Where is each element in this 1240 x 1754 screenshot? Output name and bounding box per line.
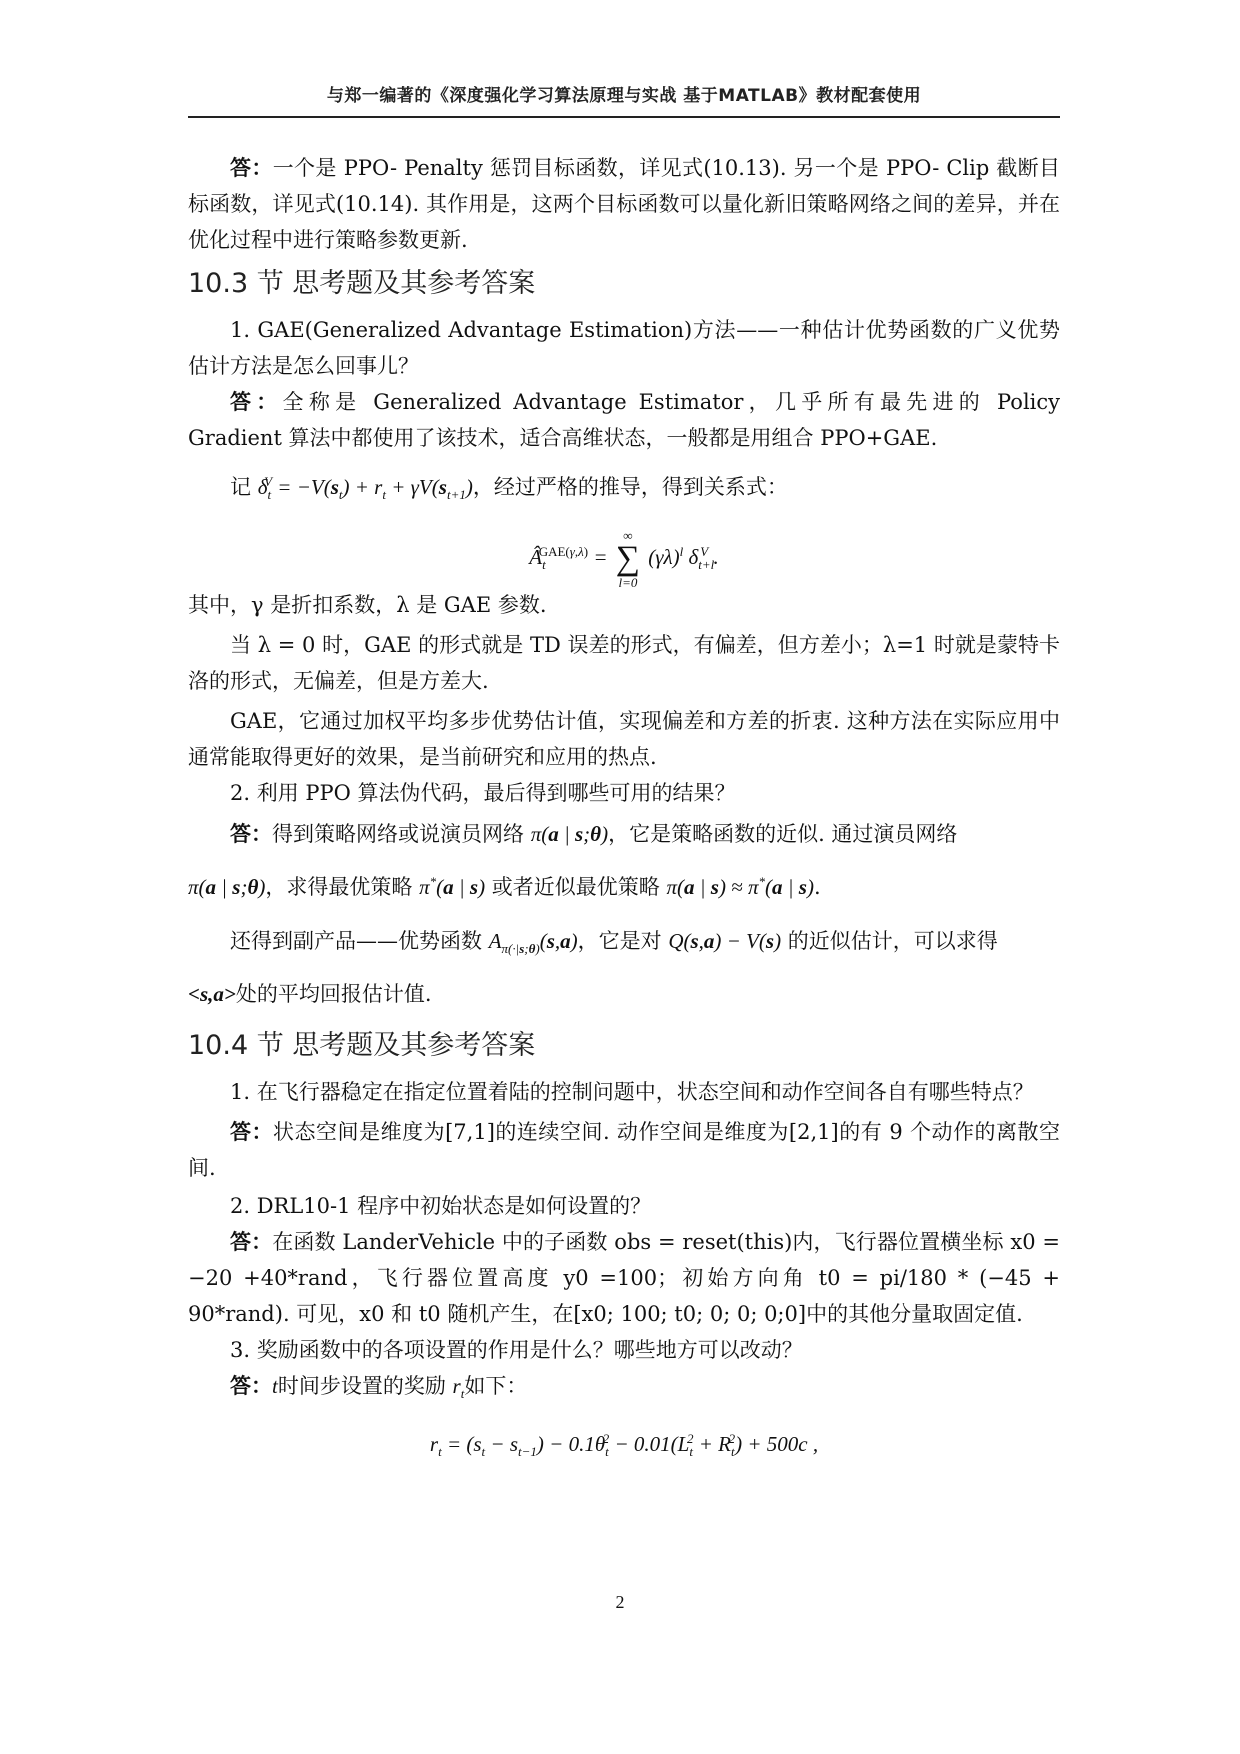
answer-label: 答： [230,1373,272,1398]
q-minus-v-formula: Q(s,a) − V(s) [668,929,781,953]
answer-paragraph: 答：得到策略网络或说演员网络 π(a | s;θ)，它是策略函数的近似. 通过演… [188,811,1060,857]
answer-paragraph: 答：一个是 PPO- Penalty 惩罚目标函数，详见式(10.13). 另一… [188,150,1060,258]
answer-paragraph: 答：在函数 LanderVehicle 中的子函数 obs = reset(th… [188,1224,1060,1332]
reward-formula: rt = (st − st−1) − 0.1θt2 − 0.01(Lt2 + R… [188,1431,1060,1460]
answer-paragraph: 答：t时间步设置的奖励 rt如下： [188,1368,1060,1412]
answer-text: 得到策略网络或说演员网络 [272,822,524,846]
delta-definition: 记 δtV = −V(st) + rt + γV(st+1)，经过严格的推导，得… [188,464,1060,513]
answer-label: 答： [230,821,272,846]
answer-text: 在函数 LanderVehicle 中的子函数 obs = reset(this… [188,1230,1060,1326]
answer-continuation: π(a | s;θ)，求得最优策略 π*(a | s) 或者近似最优策略 π(a… [188,857,1060,912]
answer-text: . [814,875,821,899]
approx-policy-formula: π(a | s) ≈ π*(a | s) [666,875,814,899]
question-1: 1. GAE(Generalized Advantage Estimation)… [188,312,1060,384]
answer-text: ，求得最优策略 [265,875,412,899]
advantage-formula: Aπ(·|s;θ)(s,a) [489,929,578,953]
answer-label: 答： [230,155,273,180]
lambda-paragraph: 当 λ = 0 时，GAE 的形式就是 TD 误差的形式，有偏差，但方差小；λ=… [188,627,1060,699]
byproduct-paragraph: 还得到副产品——优势函数 Aπ(·|s;θ)(s,a)，它是对 Q(s,a) −… [188,916,1060,974]
answer-text: 状态空间是维度为[7,1]的连续空间. 动作空间是维度为[2,1]的有 9 个动… [188,1120,1060,1180]
byproduct-text: ，它是对 [578,929,662,953]
answer-label: 答： [230,1119,273,1144]
answer-text: ，它是策略函数的近似. 通过演员网络 [608,822,957,846]
optimal-policy-formula: π*(a | s) [419,875,485,899]
answer-text: 全称是 Generalized Advantage Estimator，几乎所有… [188,390,1060,450]
answer-label: 答： [230,389,283,414]
policy-formula: π(a | s;θ) [188,875,265,899]
where-paragraph: 其中，γ 是折扣系数，λ 是 GAE 参数. [188,587,1060,623]
answer-paragraph: 答：全称是 Generalized Advantage Estimator，几乎… [188,384,1060,456]
answer-label: 答： [230,1229,272,1254]
answer-text: 或者近似最优策略 [492,875,660,899]
question-2: 2. DRL10-1 程序中初始状态是如何设置的？ [188,1188,1060,1224]
answer-paragraph: 答：状态空间是维度为[7,1]的连续空间. 动作空间是维度为[2,1]的有 9 … [188,1114,1060,1186]
running-header: 与郑一编著的《深度强化学习算法原理与实战 基于MATLAB》教材配套使用 [188,84,1060,118]
byproduct-continuation: <s,a>处的平均回报估计值. [188,974,1060,1014]
answer-text: 一个是 PPO- Penalty 惩罚目标函数，详见式(10.13). 另一个是… [188,156,1060,252]
question-1: 1. 在飞行器稳定在指定位置着陆的控制问题中，状态空间和动作空间各自有哪些特点？ [188,1074,1060,1110]
gae-formula: ÂtGAE(γ,λ) = ∞∑l=0 (γλ)l δt+lV . [188,517,1060,587]
delta-formula: δtV = −V(st) + rt + γV(st+1) [258,475,473,499]
answer-text: 时间步设置的奖励 [278,1374,446,1398]
gae-paragraph: GAE，它通过加权平均多步优势估计值，实现偏差和方差的折衷. 这种方法在实际应用… [188,703,1060,775]
question-3: 3. 奖励函数中的各项设置的作用是什么？哪些地方可以改动？ [188,1332,1060,1368]
delta-suffix: ，经过严格的推导，得到关系式： [473,475,788,499]
state-action-pair: <s,a> [188,982,236,1006]
section-heading-10-4: 10.4 节 思考题及其参考答案 [188,1026,1060,1066]
byproduct-text: 还得到副产品——优势函数 [230,929,482,953]
running-header-title: 与郑一编著的《深度强化学习算法原理与实战 基于MATLAB》教材配套使用 [327,86,921,106]
page-number: 2 [0,1592,1240,1613]
byproduct-text: 处的平均回报估计值. [236,982,432,1006]
byproduct-text: 的近似估计，可以求得 [788,929,998,953]
answer-text: 如下： [464,1374,527,1398]
policy-formula: π(a | s;θ) [531,822,608,846]
section-heading-10-3: 10.3 节 思考题及其参考答案 [188,264,1060,304]
question-2: 2. 利用 PPO 算法伪代码，最后得到哪些可用的结果？ [188,775,1060,811]
page-body: 答：一个是 PPO- Penalty 惩罚目标函数，详见式(10.13). 另一… [188,150,1060,1460]
delta-prefix: 记 [230,475,251,499]
reward-symbol: rt [453,1374,465,1398]
